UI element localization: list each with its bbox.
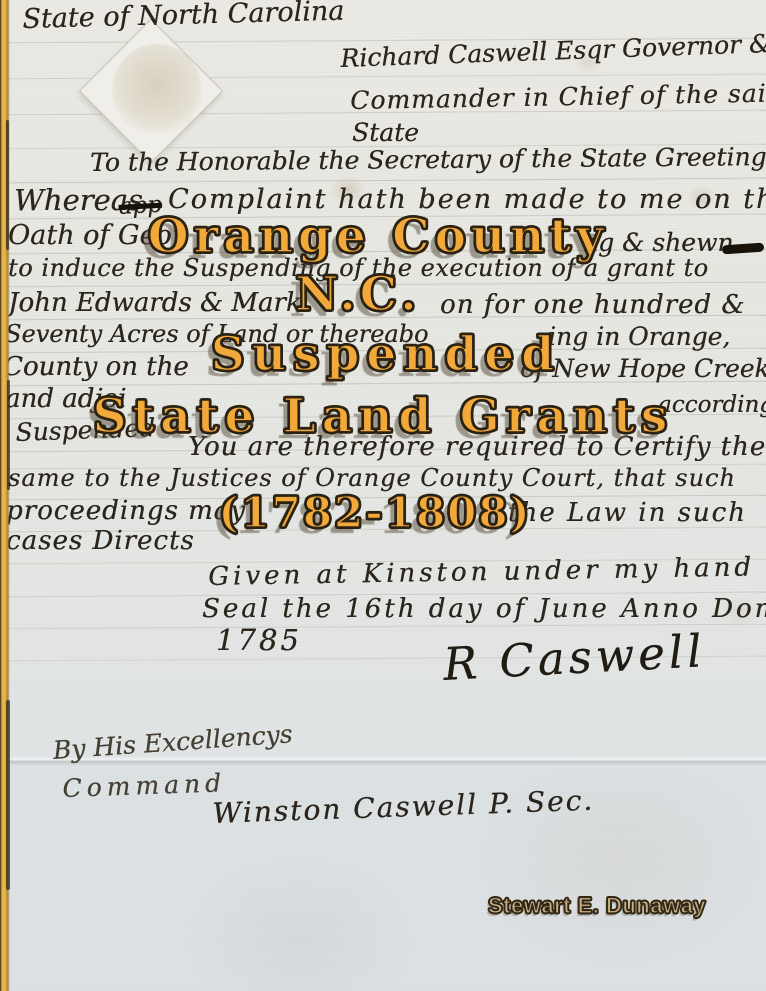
manuscript-line: Seal the 16th day of June Anno Dom: [202, 596, 766, 622]
manuscript-line: Commander in Chief of the said: [350, 80, 766, 113]
edge-ink-streak: [6, 120, 9, 250]
manuscript-line: To the Honorable the Secretary of the St…: [90, 144, 766, 175]
governor-signature: R Caswell: [442, 628, 706, 687]
manuscript-line: 1785: [216, 626, 302, 655]
seal-stain: [112, 44, 202, 136]
ink-blot: [722, 243, 765, 255]
title-line-county: Orange County: [148, 213, 609, 260]
secretary-signature: Winston Caswell P. Sec.: [212, 787, 595, 828]
manuscript-line: Richard Caswell Esqr Governor &: [340, 31, 766, 71]
manuscript-line: proceedings may: [6, 498, 246, 524]
manuscript-line: according: [658, 394, 766, 417]
manuscript-line: State: [352, 120, 419, 145]
title-line-years: (1782-1808): [219, 492, 532, 534]
title-line-subject: State Land Grants: [93, 393, 674, 440]
manuscript-line: John Edwards & Mark: [8, 290, 302, 316]
manuscript-line: State of North Carolina: [22, 0, 345, 33]
author-name: Stewart E. Dunaway: [488, 893, 706, 919]
manuscript-line: ing in Orange,: [548, 324, 730, 349]
title-line-suspended: Suspended: [211, 331, 561, 378]
manuscript-line: on for one hundred &: [440, 292, 745, 318]
manuscript-line: the Law in such: [508, 500, 747, 526]
manuscript-line: same to the Justices of Orange County Co…: [8, 466, 736, 490]
edge-ink-streak: [7, 380, 10, 490]
book-cover: State of North Carolina Richard Caswell …: [0, 0, 766, 991]
manuscript-line: cases Directs: [6, 528, 195, 554]
manuscript-line: Given at Kinston under my hand &: [208, 554, 766, 590]
manuscript-line: County on the: [3, 354, 189, 380]
title-line-state-abbrev: N.C.: [295, 271, 420, 318]
edge-ink-streak: [6, 700, 10, 890]
manuscript-line: Command: [62, 770, 226, 801]
